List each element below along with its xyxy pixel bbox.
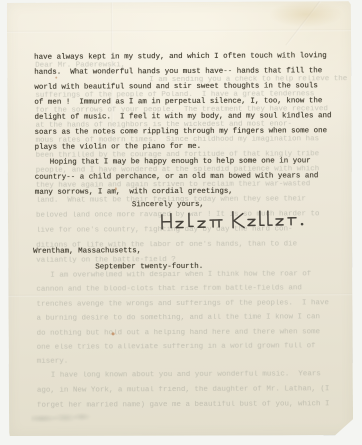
typewritten-line: Wrentham, Massachusetts, [33, 247, 141, 257]
signature-helen-keller [156, 207, 308, 237]
typewritten-line: Hoping that I may be happy enough to hel… [50, 157, 311, 167]
typewritten-line: soars as the notes come rippling through… [35, 127, 328, 138]
typewritten-line: plays the violin or the piano for me. [35, 143, 202, 153]
typewritten-line: September twenty-fourth. [95, 263, 203, 273]
typewritten-line: many sorrows, I am, with cordial greetin… [35, 188, 233, 198]
foxing-spot [112, 332, 115, 335]
foxing-spot [55, 77, 57, 79]
typewritten-line: hands. What wonderful hands you must hav… [34, 67, 322, 78]
typewritten-line: delight of music. I feel it with my body… [34, 112, 331, 123]
typewritten-line: have always kept in my study, and which … [34, 52, 327, 63]
typewritten-line: country-- a child perchance, or an old m… [35, 172, 319, 182]
pencil-mark [31, 410, 93, 424]
letter-paper: Dear Mr. Paderewski,I am sending you a c… [7, 1, 353, 437]
scanned-letter-page: Dear Mr. Paderewski,I am sending you a c… [0, 0, 362, 445]
foxing-spot [115, 187, 117, 190]
typewritten-line: of men ! Immured as I am in perpetual si… [34, 97, 322, 108]
typewritten-line: world with beautiful sound and stir swee… [34, 82, 318, 92]
